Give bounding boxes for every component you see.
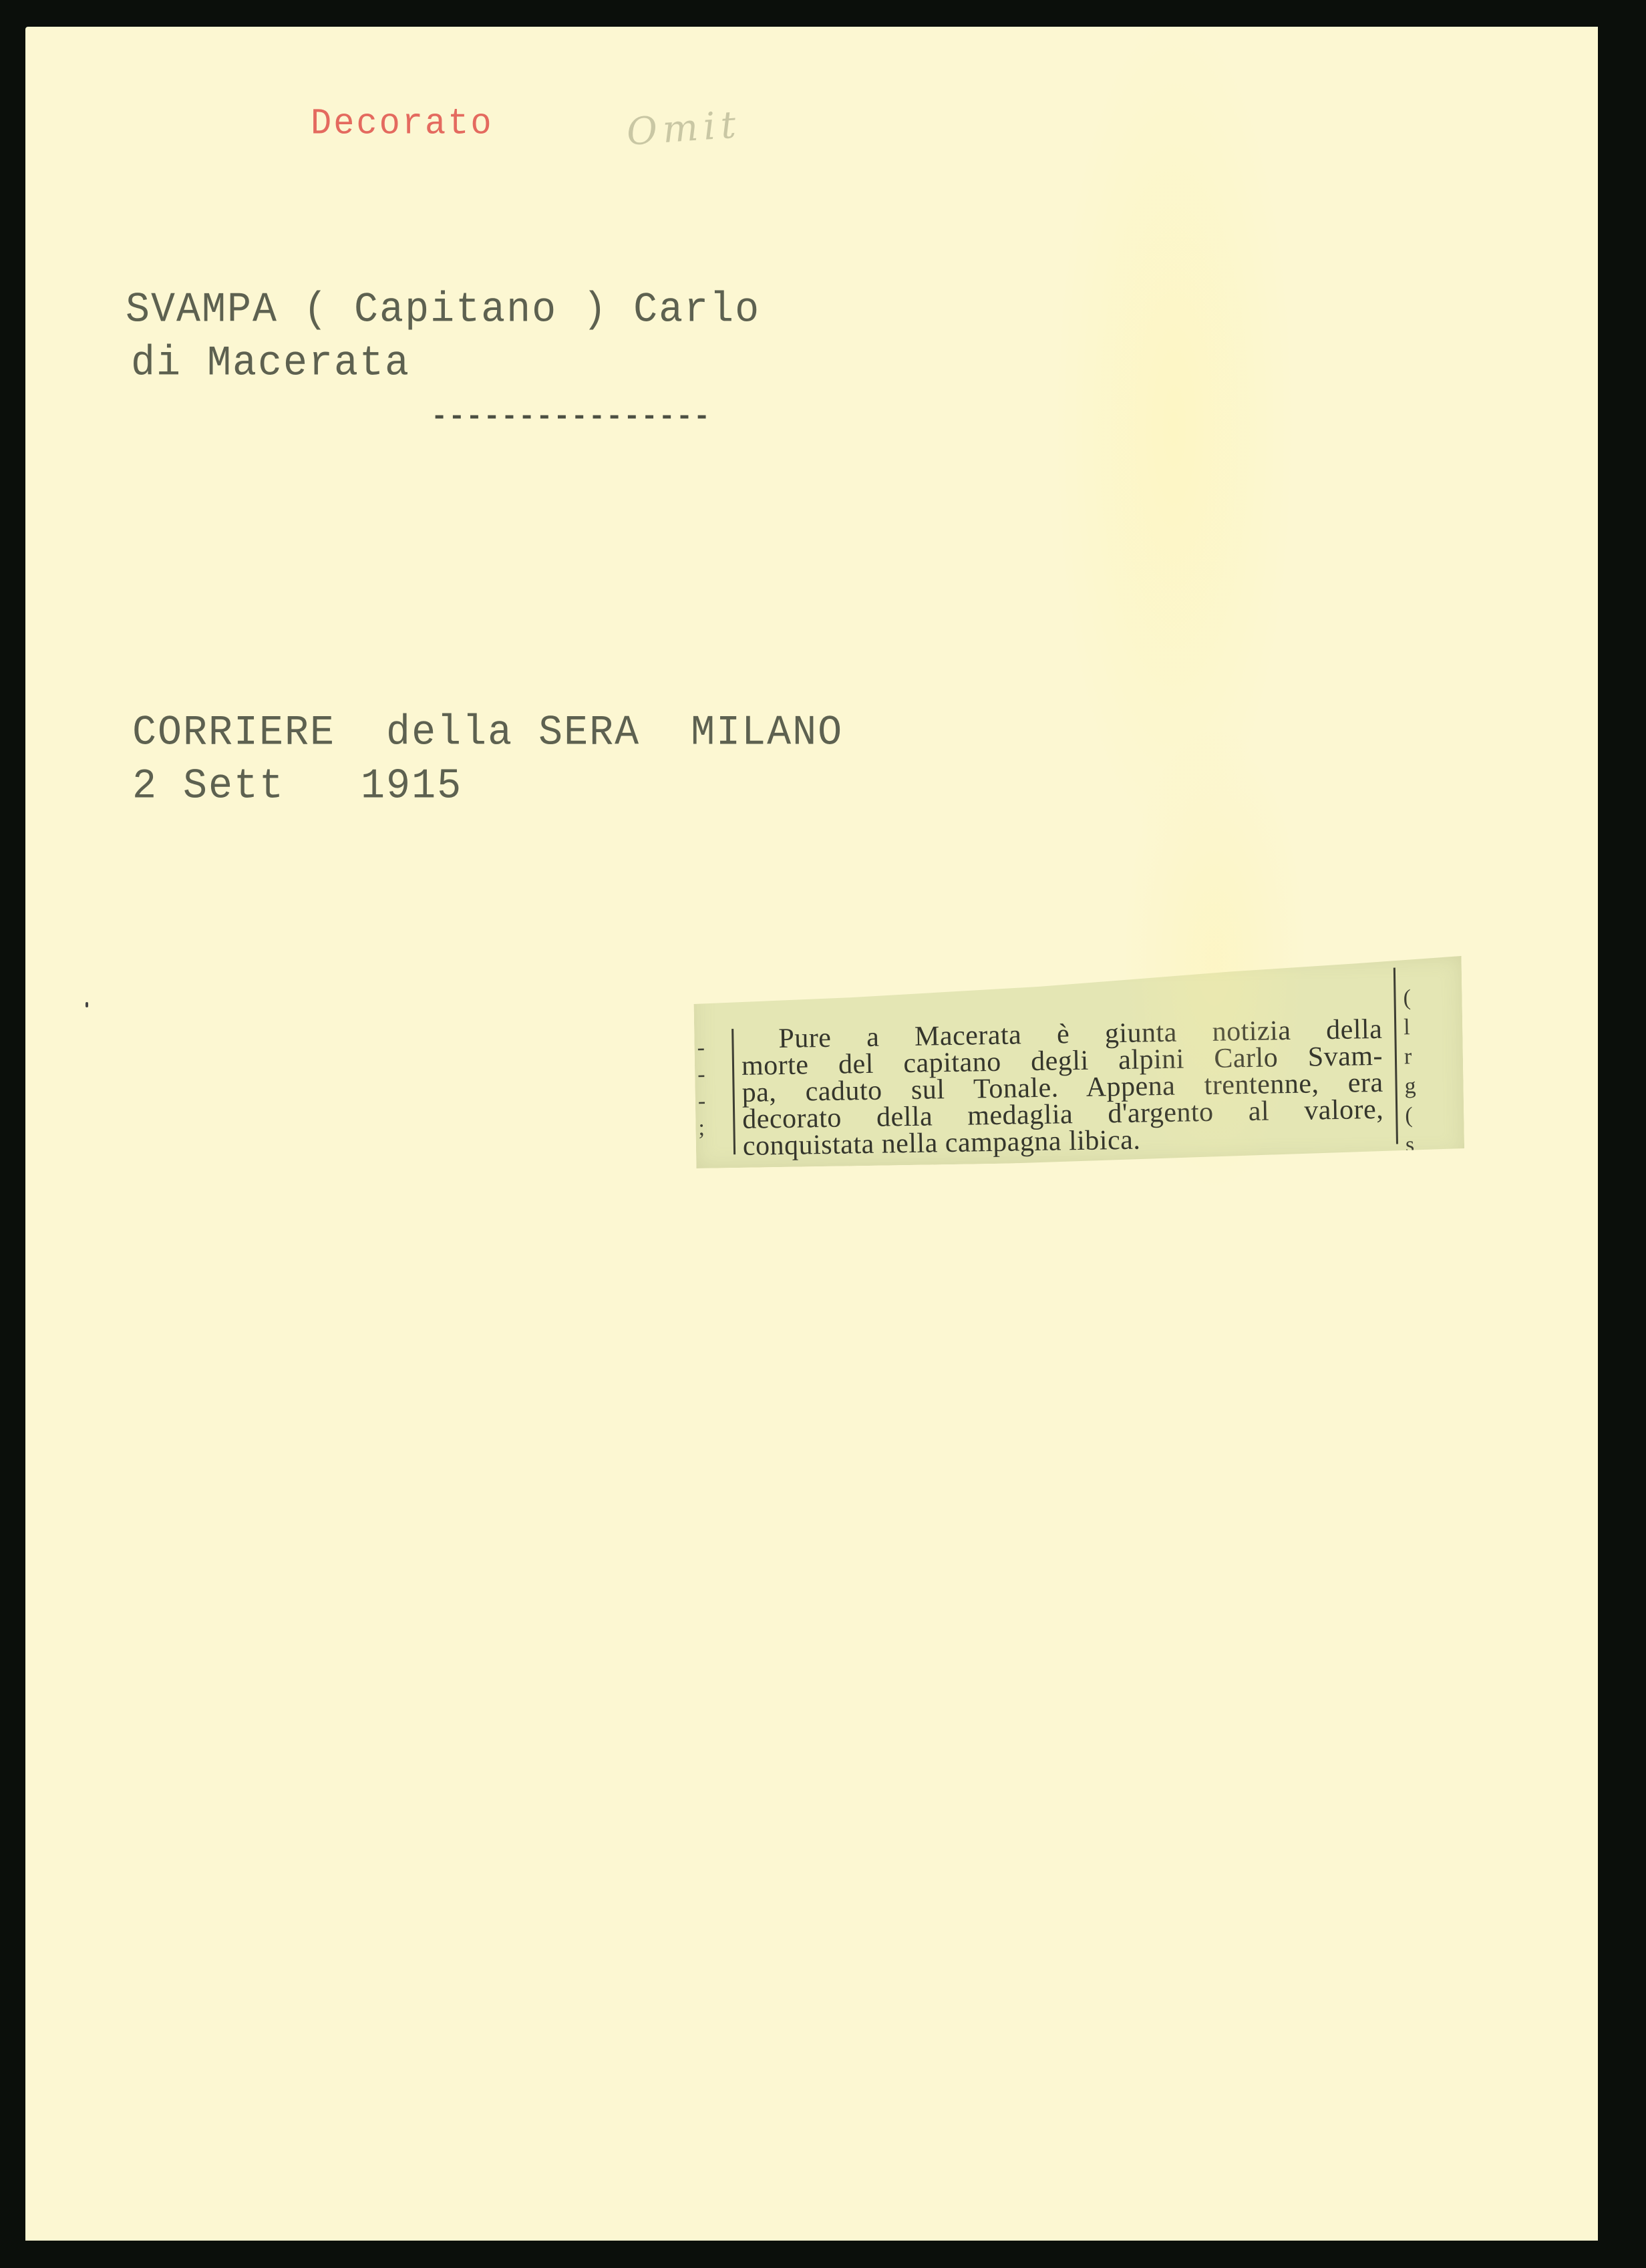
subject-origin-line: di Macerata [131,343,410,385]
subject-name-line: SVAMPA ( Capitano ) Carlo [126,290,760,332]
pencil-annotation: Omit [625,103,743,154]
clipping-left-column-fragments: - - - ; [697,1034,723,1142]
clipping-right-column-fragments: ( l r g ( s [1403,983,1426,1160]
clipping-column-rule-right [1393,968,1398,1144]
decorato-stamp: Decorato [311,106,494,143]
newspaper-line: CORRIERE della SERA MILANO [132,713,843,755]
newspaper-clipping: - - - ; Pure a Macerata è giunta notizia… [693,956,1465,1168]
clipping-article-text: Pure a Macerata è giunta notizia della m… [741,1016,1384,1160]
separator-line: ---------------- [431,401,711,433]
clipping-column-rule-left [731,1029,735,1154]
ink-speck [86,1002,88,1007]
document-page: Decorato Omit SVAMPA ( Capitano ) Carlo … [25,27,1598,2241]
date-line: 2 Sett 1915 [132,766,462,808]
